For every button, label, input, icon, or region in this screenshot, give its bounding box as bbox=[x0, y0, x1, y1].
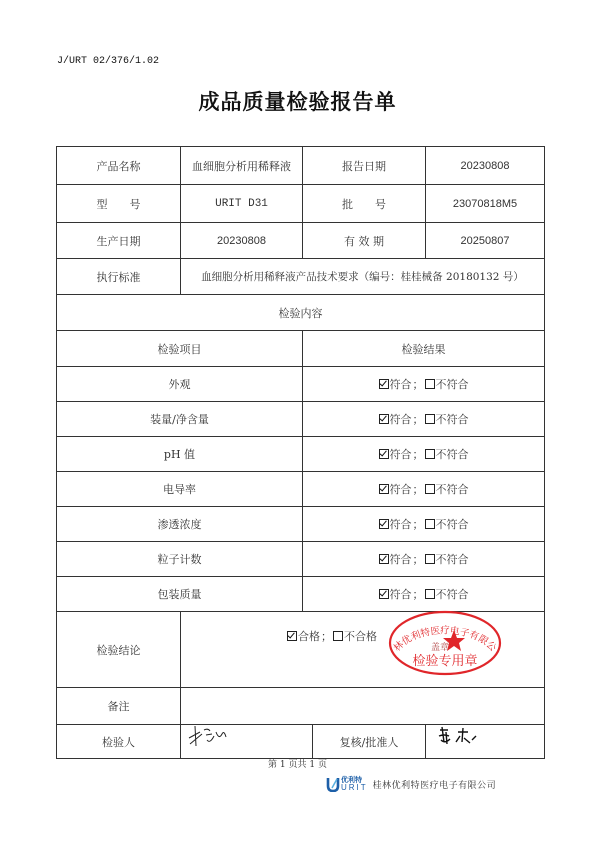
info-row-standard: 执行标准 血细胞分析用稀释液产品技术要求（编号：桂桂械备 20180132 号） bbox=[57, 259, 545, 295]
inspection-item-row: pH 值符合；不符合 bbox=[57, 437, 545, 472]
inspection-item-name: 外观 bbox=[57, 367, 303, 402]
pass-checkbox[interactable] bbox=[379, 589, 389, 599]
standard-value: 血细胞分析用稀释液产品技术要求（编号：桂桂械备 20180132 号） bbox=[181, 259, 545, 295]
pass-label: 符合 bbox=[390, 588, 412, 601]
standard-label: 执行标准 bbox=[57, 259, 181, 295]
document-code: J/URT 02/376/1.02 bbox=[57, 56, 159, 67]
fail-label: 不符合 bbox=[436, 413, 469, 426]
footer: 优利特 URIT 桂林优利特医疗电子有限公司 bbox=[326, 773, 496, 795]
fail-label: 不符合 bbox=[436, 553, 469, 566]
product-name-label: 产品名称 bbox=[57, 147, 181, 185]
inspection-item-result: 符合；不符合 bbox=[303, 542, 545, 577]
page-title: 成品质量检验报告单 bbox=[0, 86, 595, 116]
fail-checkbox[interactable] bbox=[425, 554, 435, 564]
reviewer-signature bbox=[436, 724, 478, 748]
fail-label: 不符合 bbox=[436, 518, 469, 531]
pass-checkbox[interactable] bbox=[379, 484, 389, 494]
pass-label: 符合 bbox=[390, 448, 412, 461]
inspection-item-result: 符合；不符合 bbox=[303, 472, 545, 507]
expiry-value: 20250807 bbox=[426, 223, 545, 259]
inspection-item-name: 粒子计数 bbox=[57, 542, 303, 577]
inspection-item-name: 装量/净含量 bbox=[57, 402, 303, 437]
inspection-item-row: 包装质量符合；不符合 bbox=[57, 577, 545, 612]
remarks-row: 备注 bbox=[57, 688, 545, 725]
result-separator: ； bbox=[413, 483, 424, 496]
report-date-value: 20230808 bbox=[426, 147, 545, 185]
company-logo: 优利特 URIT bbox=[326, 776, 368, 792]
inspection-item-name: 电导率 bbox=[57, 472, 303, 507]
fail-label: 不符合 bbox=[436, 588, 469, 601]
pass-label: 符合 bbox=[390, 553, 412, 566]
inspection-seal-stamp: 桂林优利特医疗电子有限公司 盖章 检验专用章 bbox=[388, 610, 502, 676]
model-value: URIT D31 bbox=[181, 185, 303, 223]
fail-label: 不符合 bbox=[436, 448, 469, 461]
production-date-value: 20230808 bbox=[181, 223, 303, 259]
fail-checkbox[interactable] bbox=[425, 414, 435, 424]
conclusion-fail-label: 不合格 bbox=[344, 630, 377, 643]
production-date-label: 生产日期 bbox=[57, 223, 181, 259]
expiry-label: 有 效 期 bbox=[303, 223, 426, 259]
inspection-column-header: 检验项目 检验结果 bbox=[57, 331, 545, 367]
info-row-product: 产品名称 血细胞分析用稀释液 报告日期 20230808 bbox=[57, 147, 545, 185]
batch-value: 23070818M5 bbox=[426, 185, 545, 223]
pass-checkbox[interactable] bbox=[379, 449, 389, 459]
pass-label: 符合 bbox=[390, 413, 412, 426]
inspection-item-name: 包装质量 bbox=[57, 577, 303, 612]
inspection-item-result: 符合；不符合 bbox=[303, 367, 545, 402]
result-separator: ； bbox=[413, 448, 424, 461]
conclusion-fail-checkbox[interactable] bbox=[333, 631, 343, 641]
seal-overlay-text: 盖章 bbox=[431, 641, 449, 653]
conclusion-label: 检验结论 bbox=[57, 612, 181, 688]
inspection-section-title: 检验内容 bbox=[57, 295, 545, 331]
inspection-item-result: 符合；不符合 bbox=[303, 507, 545, 542]
inspection-item-result: 符合；不符合 bbox=[303, 402, 545, 437]
conclusion-separator: ； bbox=[321, 630, 332, 643]
remarks-label: 备注 bbox=[57, 688, 181, 725]
pass-checkbox[interactable] bbox=[379, 519, 389, 529]
result-separator: ； bbox=[413, 378, 424, 391]
info-row-dates: 生产日期 20230808 有 效 期 20250807 bbox=[57, 223, 545, 259]
pass-checkbox[interactable] bbox=[379, 414, 389, 424]
result-separator: ； bbox=[413, 588, 424, 601]
inspector-label: 检验人 bbox=[57, 725, 181, 759]
result-separator: ； bbox=[413, 518, 424, 531]
seal-inner-text: 检验专用章 bbox=[412, 653, 477, 669]
urit-logo-icon bbox=[326, 776, 340, 792]
remarks-value bbox=[181, 688, 545, 725]
fail-checkbox[interactable] bbox=[425, 519, 435, 529]
product-name-value: 血细胞分析用稀释液 bbox=[181, 147, 303, 185]
conclusion-pass-checkbox[interactable] bbox=[287, 631, 297, 641]
inspection-item-row: 装量/净含量符合；不符合 bbox=[57, 402, 545, 437]
inspection-item-row: 外观符合；不符合 bbox=[57, 367, 545, 402]
batch-label: 批 号 bbox=[303, 185, 426, 223]
pass-label: 符合 bbox=[390, 483, 412, 496]
pass-checkbox[interactable] bbox=[379, 379, 389, 389]
pass-checkbox[interactable] bbox=[379, 554, 389, 564]
inspection-item-result: 符合；不符合 bbox=[303, 577, 545, 612]
info-row-model: 型 号 URIT D31 批 号 23070818M5 bbox=[57, 185, 545, 223]
col-header-result: 检验结果 bbox=[303, 331, 545, 367]
inspection-item-result: 符合；不符合 bbox=[303, 437, 545, 472]
inspection-item-name: pH 值 bbox=[57, 437, 303, 472]
inspection-item-row: 渗透浓度符合；不符合 bbox=[57, 507, 545, 542]
inspection-item-row: 电导率符合；不符合 bbox=[57, 472, 545, 507]
result-separator: ； bbox=[413, 553, 424, 566]
fail-label: 不符合 bbox=[436, 378, 469, 391]
inspection-item-name: 渗透浓度 bbox=[57, 507, 303, 542]
fail-checkbox[interactable] bbox=[425, 484, 435, 494]
result-separator: ； bbox=[413, 413, 424, 426]
pass-label: 符合 bbox=[390, 378, 412, 391]
inspector-signature bbox=[186, 722, 230, 750]
fail-label: 不符合 bbox=[436, 483, 469, 496]
pass-label: 符合 bbox=[390, 518, 412, 531]
inspection-item-row: 粒子计数符合；不符合 bbox=[57, 542, 545, 577]
model-label: 型 号 bbox=[57, 185, 181, 223]
report-date-label: 报告日期 bbox=[303, 147, 426, 185]
fail-checkbox[interactable] bbox=[425, 589, 435, 599]
fail-checkbox[interactable] bbox=[425, 449, 435, 459]
conclusion-pass-label: 合格 bbox=[298, 630, 320, 643]
reviewer-label: 复核/批准人 bbox=[313, 725, 426, 759]
inspection-section-header: 检验内容 bbox=[57, 295, 545, 331]
logo-en-text: URIT bbox=[341, 784, 368, 792]
company-name: 桂林优利特医疗电子有限公司 bbox=[373, 778, 497, 791]
fail-checkbox[interactable] bbox=[425, 379, 435, 389]
col-header-item: 检验项目 bbox=[57, 331, 303, 367]
page-info: 第 1 页共 1 页 bbox=[0, 757, 595, 770]
